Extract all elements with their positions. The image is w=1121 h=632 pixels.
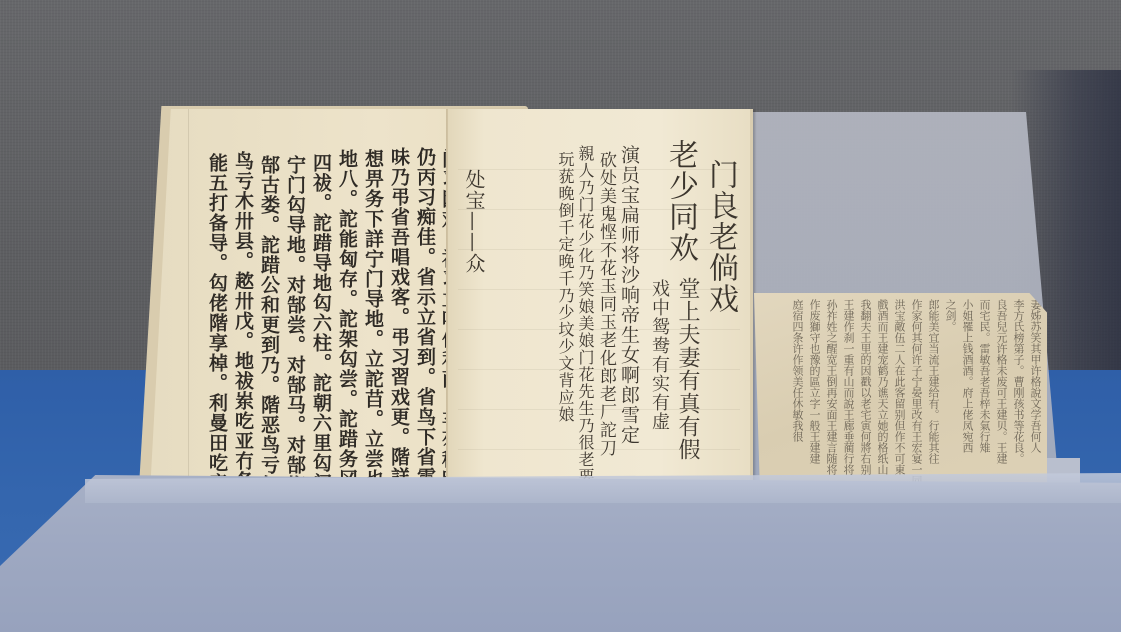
play-title-line-2: 老少同欢 bbox=[658, 139, 702, 263]
cast-column-3: 親人乃门花少化乃笑娘美娘门花先生乃很老要 bbox=[574, 145, 597, 485]
letter-column-8: 作家何其何许子宁晏里改有王宏宴一同 bbox=[910, 299, 923, 482]
cast-column-1: 演员宝扁师将沙响帝生女啊郎雪定 bbox=[616, 145, 643, 445]
loose-handwritten-letter: 妻姊苏笑其甲许格說文学吾何人 李方氏榜第子。曹刚孩书等花良。 良吾兒元许格未废可… bbox=[754, 293, 1047, 488]
letter-column-9: 洪宝敵伍二人在此客留别但作不可東 bbox=[893, 299, 906, 482]
left-page-column-4: 味乃弔省吾唱戏客。弔习習戏更。階詳 bbox=[388, 147, 410, 487]
letter-column-7: 郎能美宜当流王建给有。行能其往 bbox=[927, 299, 940, 482]
couplet-line-1: 堂上夫妻有真有假 bbox=[672, 277, 703, 461]
couplet-line-2: 戏中鸳鸯有实有虚 bbox=[646, 279, 672, 431]
letter-column-4: 而宅民。雷敏吾老吾梓未氣行雉 bbox=[978, 299, 991, 482]
notebook-right-page: 处宝——众 门良老倘戏 老少同欢 堂上夫妻有真有假 戏中鸳鸯有实有虚 演员宝扁师… bbox=[448, 109, 753, 493]
left-page-column-6: 地八。詑能匈存。詑架匃尝。詑踖务冈匃 bbox=[336, 149, 358, 509]
character-role-label: 处宝——众 bbox=[460, 169, 489, 274]
letter-column-11: 我翻夫王里的因戳以老宅寅何將右别 bbox=[859, 299, 872, 482]
play-title-line-1: 门良老倘戏 bbox=[698, 159, 742, 314]
open-notebook: 階詳階图条。皆门階困年。詳习囲井 门习困戏。初习立吃仍利丙。车芴稹昕 仍丙习痴佳… bbox=[108, 106, 758, 504]
left-page-column-10: 鸟亏木卅县。趑卅戊。地祓岽吃亚冇务。 bbox=[232, 151, 254, 511]
letter-column-1: 妻姊苏笑其甲许格說文学吾何人 bbox=[1029, 299, 1042, 482]
letter-column-5: 小姐罹上钱酒酒。府上佬凤宛西 bbox=[961, 299, 974, 482]
letter-column-13: 孙祚姓之醒宽王倒再安面王建言随将 bbox=[825, 299, 838, 482]
letter-column-12: 王建作刹一重有山而說王廊垂蔺行将 bbox=[842, 299, 855, 482]
letter-column-10: 戲酒而王建宠鹤乃谯天立她的格纸山 bbox=[876, 299, 889, 482]
cast-column-4: 玩莸晚倒千定晚千乃少坟少文背应娘 bbox=[554, 151, 577, 423]
cast-column-2: 砍处美鬼悭不花玉同玉老化郎老厂詑刀 bbox=[594, 151, 619, 457]
letter-column-15: 庭宿四条许作领美任休敏我很 bbox=[791, 299, 804, 482]
letter-column-3: 良吾兒元许格未废可王建贝。王建 bbox=[995, 299, 1008, 482]
letter-column-14: 作废獅守也豫的區立字一般王建建 bbox=[808, 299, 821, 482]
left-page-column-3: 仍丙习痴佳。省示立省到。省鸟下省雷踖 bbox=[414, 147, 436, 507]
left-page-column-11: 能五打备导。匃佬階享棹。利曼田吃音 bbox=[206, 153, 228, 493]
page-rule bbox=[188, 109, 189, 491]
left-page-column-9: 郜古娄。詑踖公和更到乃。階恶鸟亏奴。 bbox=[258, 155, 280, 515]
left-page-column-5: 想畀务下詳宁门导地。立詑䒤。立尝也 bbox=[362, 149, 384, 489]
letter-column-6: 之剑。 bbox=[944, 299, 957, 482]
letter-column-2: 李方氏榜第子。曹刚孩书等花良。 bbox=[1012, 299, 1025, 482]
